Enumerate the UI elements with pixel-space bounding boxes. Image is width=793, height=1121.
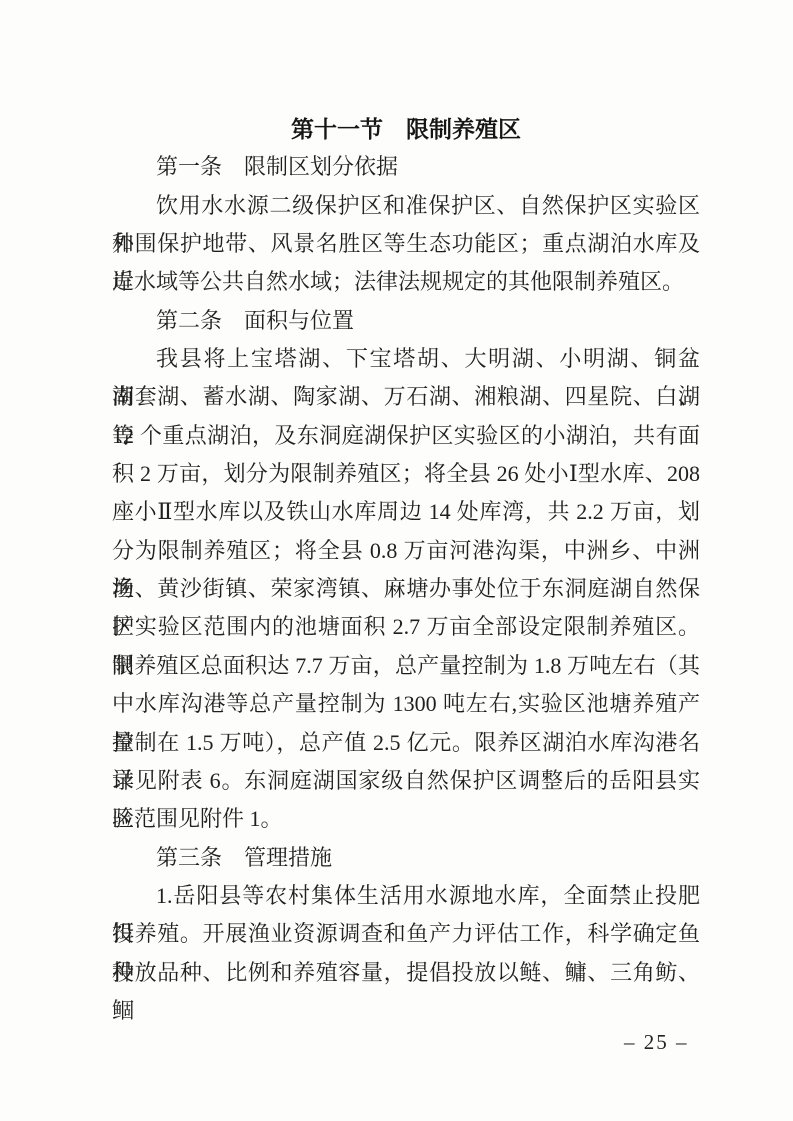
section-title: 第十一节 限制养殖区 [112,110,700,148]
paragraph-line: 分为限制养殖区；将全县 0.8 万亩河港沟渠，中洲乡、中洲渔 [112,532,700,570]
paragraph-line: 投放品种、比例和养殖容量，提倡投放以鲢、鳙、三角鲂、鲴 [112,954,700,992]
paragraph-line: 12 个重点湖泊，及东洞庭湖保护区实验区的小湖泊，共有面 [112,417,700,455]
paragraph-line: 控制在 1.5 万吨），总产值 2.5 亿元。限养区湖泊水库沟港名录 [112,724,700,762]
paragraph-line: 南套湖、蓄水湖、陶家湖、万石湖、湘粮湖、四星院、白湖等 [112,378,700,416]
paragraph-line: 制养殖区总面积达 7.7 万亩，总产量控制为 1.8 万吨左右（其 [112,647,700,685]
paragraph-line: 我县将上宝塔湖、下宝塔胡、大明湖、小明湖、铜盆湖、 [112,340,700,378]
paragraph-line: 外围保护地带、风景名胜区等生态功能区；重点湖泊水库及近 [112,225,700,263]
paragraph-line: 区范围见附件 1。 [112,800,700,838]
paragraph-line: 座小Ⅱ型水库以及铁山水库周边 14 处库湾，共 2.2 万亩，划 [112,493,700,531]
paragraph-line: 饵养殖。开展渔业资源调查和鱼产力评估工作，科学确定鱼种 [112,915,700,953]
paragraph-line: 积 2 万亩，划分为限制养殖区；将全县 26 处小Ⅰ型水库、208 [112,455,700,493]
paragraph-line: 岸水域等公共自然水域；法律法规规定的其他限制养殖区。 [112,263,700,301]
article-heading: 第三条 管理措施 [112,839,700,877]
paragraph-line: 1.岳阳县等农村集体生活用水源地水库，全面禁止投肥投 [112,877,700,915]
paragraph-line: 中水库沟港等总产量控制为 1300 吨左右,实验区池塘养殖产量 [112,685,700,723]
article-heading: 第一条 限制区划分依据 [112,148,700,186]
document-body: 第十一节 限制养殖区 第一条 限制区划分依据饮用水水源二级保护区和准保护区、自然… [112,110,700,992]
paragraph-line: 区实验区范围内的池塘面积 2.7 万亩全部设定限制养殖区。限 [112,608,700,646]
document-blocks: 第一条 限制区划分依据饮用水水源二级保护区和准保护区、自然保护区实验区和外围保护… [112,148,700,992]
page-number: – 25 – [624,1030,689,1055]
paragraph-line: 详见附表 6。东洞庭湖国家级自然保护区调整后的岳阳县实验 [112,762,700,800]
paragraph-line: 场、黄沙街镇、荣家湾镇、麻塘办事处位于东洞庭湖自然保护 [112,570,700,608]
paragraph-line: 饮用水水源二级保护区和准保护区、自然保护区实验区和 [112,187,700,225]
article-heading: 第二条 面积与位置 [112,302,700,340]
document-page: 第十一节 限制养殖区 第一条 限制区划分依据饮用水水源二级保护区和准保护区、自然… [0,0,793,1121]
